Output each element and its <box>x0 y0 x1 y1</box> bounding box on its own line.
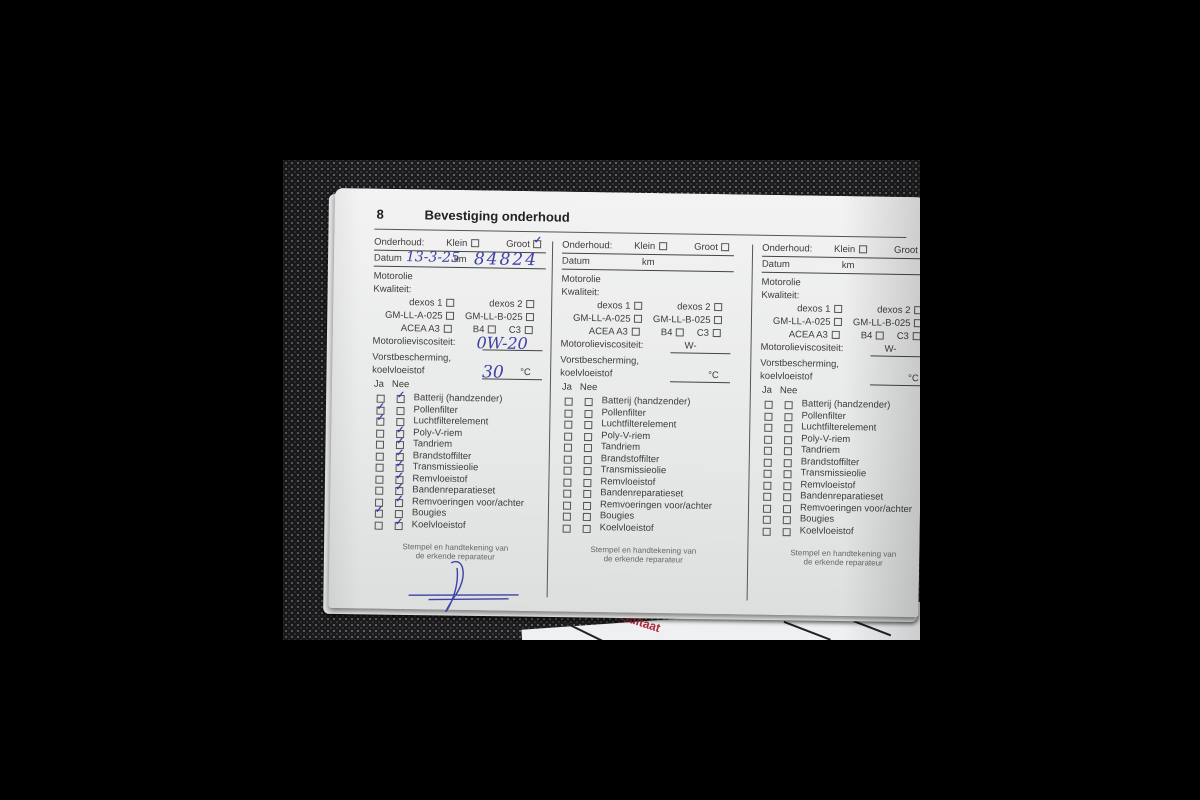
checkbox[interactable] <box>564 433 572 441</box>
checkbox[interactable] <box>584 421 592 429</box>
photo: resultaat 8 Bevestiging onderhoud Onderh… <box>283 160 920 640</box>
checkbox[interactable] <box>631 328 639 336</box>
maintenance-entry-3: Onderhoud:Klein Groot DatumkmMotorolieKw… <box>757 243 920 569</box>
checkbox[interactable] <box>563 502 571 510</box>
page-title: Bevestiging onderhoud <box>424 207 569 224</box>
checkbox[interactable] <box>375 487 383 495</box>
checkbox[interactable] <box>714 303 722 311</box>
checkbox[interactable] <box>712 329 720 337</box>
checkbox[interactable] <box>834 318 842 326</box>
checkbox[interactable] <box>395 522 403 530</box>
checkbox[interactable] <box>397 395 405 403</box>
checkbox[interactable] <box>721 244 729 252</box>
checkbox[interactable] <box>395 499 403 507</box>
page-number: 8 <box>376 207 383 222</box>
checkbox[interactable] <box>375 522 383 530</box>
maintenance-entry-1: Onderhoud:Klein Groot Datum13-3-25km8482… <box>369 237 546 563</box>
checkbox[interactable] <box>563 479 571 487</box>
checkbox[interactable] <box>764 424 772 432</box>
checkbox[interactable] <box>784 459 792 467</box>
checkbox[interactable] <box>565 398 573 406</box>
checkbox[interactable] <box>764 447 772 455</box>
checkbox[interactable] <box>783 517 791 525</box>
checkbox[interactable] <box>783 528 791 536</box>
checkbox[interactable] <box>714 316 722 324</box>
divider <box>374 229 906 238</box>
checkbox[interactable] <box>584 444 592 452</box>
checkbox[interactable] <box>376 418 384 426</box>
checkbox[interactable] <box>563 525 571 533</box>
signature <box>388 557 529 619</box>
maintenance-page: 8 Bevestiging onderhoud Onderhoud:Klein … <box>328 188 920 617</box>
checkbox[interactable] <box>763 493 771 501</box>
checkbox[interactable] <box>785 402 793 410</box>
checkbox[interactable] <box>784 425 792 433</box>
checkbox[interactable] <box>764 436 772 444</box>
checkbox[interactable] <box>526 301 534 309</box>
checkbox[interactable] <box>563 513 571 521</box>
datum-row: Datumkm <box>562 254 734 273</box>
checkbox[interactable] <box>376 430 384 438</box>
checkbox[interactable] <box>583 513 591 521</box>
checkbox[interactable] <box>763 482 771 490</box>
checkbox[interactable] <box>443 325 451 333</box>
checkbox[interactable] <box>765 401 773 409</box>
checkbox[interactable] <box>583 490 591 498</box>
datum-row: Datum13-3-25km84824 <box>374 251 546 270</box>
checkbox[interactable] <box>375 510 383 518</box>
stamp-label: Stempel en handtekening vande erkende re… <box>757 548 920 569</box>
checkbox[interactable] <box>446 299 454 307</box>
checkbox[interactable] <box>376 441 384 449</box>
checkbox[interactable] <box>831 331 839 339</box>
checkbox[interactable] <box>584 456 592 464</box>
checkbox[interactable] <box>533 241 541 249</box>
checkbox[interactable] <box>764 413 772 421</box>
viscositeit-row: Motorolieviscositeit:W- <box>760 342 920 359</box>
checkbox[interactable] <box>396 407 404 415</box>
checkbox[interactable] <box>564 421 572 429</box>
checkbox[interactable] <box>912 333 920 341</box>
checkbox[interactable] <box>783 482 791 490</box>
checkbox[interactable] <box>583 525 591 533</box>
datum-value: 13-3-25 <box>406 249 460 266</box>
viscositeit-row: Motorolieviscositeit:W- <box>560 339 732 356</box>
checklist-item: Koelvloeistof <box>558 521 730 535</box>
checkbox[interactable] <box>659 243 667 251</box>
checkbox[interactable] <box>876 332 884 340</box>
checkbox[interactable] <box>764 459 772 467</box>
viscositeit-row: Motorolieviscositeit:0W-20 <box>372 336 544 353</box>
checkbox[interactable] <box>563 490 571 498</box>
checkbox[interactable] <box>585 398 593 406</box>
checkbox[interactable] <box>783 505 791 513</box>
checkbox[interactable] <box>763 470 771 478</box>
checkbox[interactable] <box>784 436 792 444</box>
datum-row: Datumkm <box>762 257 920 276</box>
checklist-item: Koelvloeistof <box>370 518 542 532</box>
column-divider <box>547 241 554 597</box>
checkbox[interactable] <box>763 505 771 513</box>
checkbox[interactable] <box>564 410 572 418</box>
checkbox[interactable] <box>859 246 867 254</box>
checkbox[interactable] <box>763 528 771 536</box>
checkbox[interactable] <box>526 314 534 322</box>
checkbox[interactable] <box>634 302 642 310</box>
viscositeit-value: 0W-20 <box>476 333 528 353</box>
checkbox[interactable] <box>834 305 842 313</box>
checkbox[interactable] <box>784 448 792 456</box>
checkbox[interactable] <box>584 410 592 418</box>
checkbox[interactable] <box>584 467 592 475</box>
checkbox[interactable] <box>564 467 572 475</box>
checkbox[interactable] <box>634 315 642 323</box>
checklist-item: Koelvloeistof <box>758 524 920 538</box>
checkbox[interactable] <box>446 312 454 320</box>
stamp-label: Stempel en handtekening vande erkende re… <box>557 545 729 566</box>
checkbox[interactable] <box>564 444 572 452</box>
checkbox[interactable] <box>564 456 572 464</box>
column-divider <box>747 245 754 601</box>
checkbox[interactable] <box>783 494 791 502</box>
checkbox[interactable] <box>914 307 920 315</box>
checkbox[interactable] <box>584 433 592 441</box>
checkbox[interactable] <box>376 453 384 461</box>
checkbox[interactable] <box>471 240 479 248</box>
checkbox[interactable] <box>914 320 920 328</box>
checkbox[interactable] <box>583 479 591 487</box>
maintenance-entry-2: Onderhoud:Klein Groot DatumkmMotorolieKw… <box>557 240 734 566</box>
checkbox[interactable] <box>676 329 684 337</box>
km-value: 84824 <box>474 249 538 270</box>
checkbox[interactable] <box>583 502 591 510</box>
checkbox[interactable] <box>376 464 384 472</box>
checkbox[interactable] <box>784 413 792 421</box>
checkbox[interactable] <box>763 516 771 524</box>
checkbox[interactable] <box>783 471 791 479</box>
checkbox[interactable] <box>375 476 383 484</box>
